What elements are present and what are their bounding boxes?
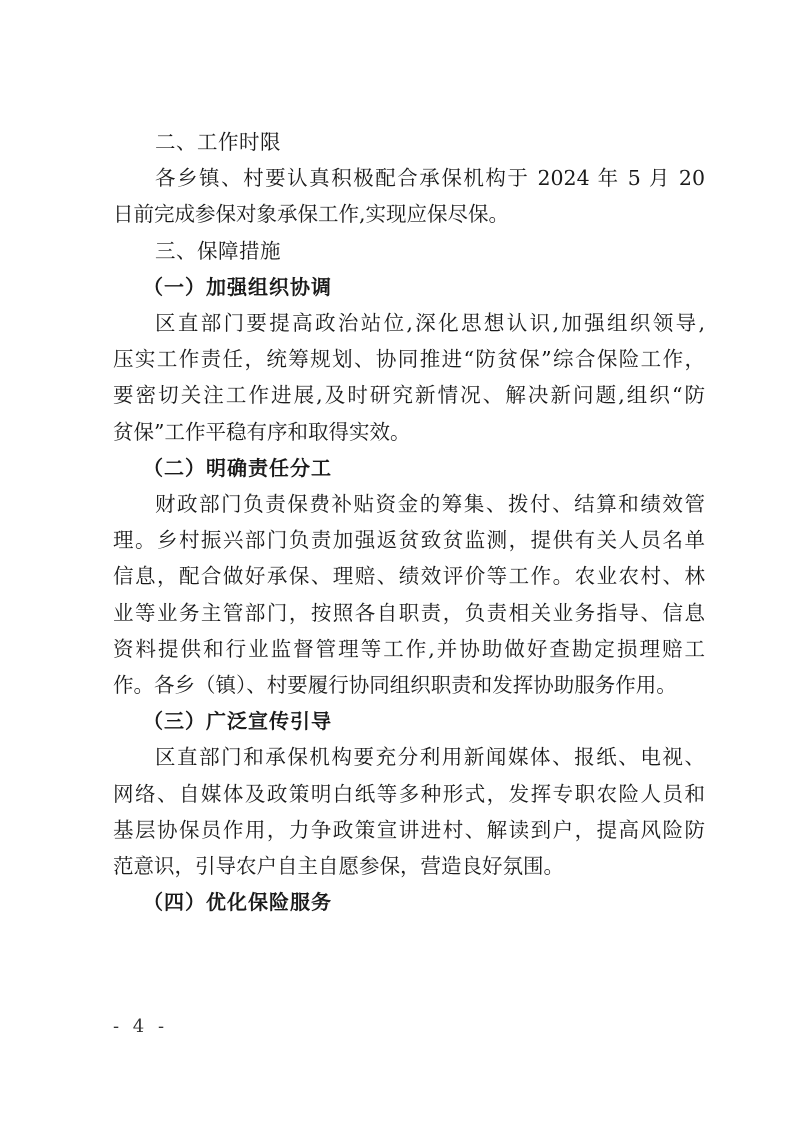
page-number: - 4 - [113,1016,168,1037]
paragraph-line: 基层协保员作用，力争政策宣讲进村、解读到户，提高风险防 [113,812,705,848]
subsection-heading-publicity: （三）广泛宣传引导 [113,703,705,739]
paragraph-line: 信息，配合做好承保、理赔、绩效评价等工作。农业农村、林 [113,558,705,594]
paragraph-line: 日前完成参保对象承保工作,实现应保尽保。 [113,196,705,232]
paragraph-line: 区直部门和承保机构要充分利用新闻媒体、报纸、电视、 [113,739,705,775]
subsection-heading-insurance-service: （四）优化保险服务 [113,884,705,920]
paragraph-line: 要密切关注工作进展,及时研究新情况、解决新问题,组织“防 [113,377,705,413]
section-heading-safeguard-measures: 三、保障措施 [113,233,705,269]
document-page: 二、工作时限 各乡镇、村要认真积极配合承保机构于 2024 年 5 月 20 日… [113,124,705,920]
paragraph-line: 资料提供和行业监督管理等工作,并协助做好查勘定损理赔工 [113,631,705,667]
subsection-heading-responsibilities: （二）明确责任分工 [113,450,705,486]
paragraph-line: 业等业务主管部门，按照各自职责，负责相关业务指导、信息 [113,595,705,631]
paragraph-timeline: 各乡镇、村要认真积极配合承保机构于 2024 年 5 月 20 日前完成参保对象… [113,160,705,232]
subsection-heading-coordination: （一）加强组织协调 [113,269,705,305]
paragraph-line: 贫保”工作平稳有序和取得实效。 [113,414,705,450]
paragraph-line: 范意识，引导农户自主自愿参保，营造良好氛围。 [113,848,705,884]
paragraph-publicity: 区直部门和承保机构要充分利用新闻媒体、报纸、电视、 网络、自媒体及政策明白纸等多… [113,739,705,884]
paragraph-line: 理。乡村振兴部门负责加强返贫致贫监测，提供有关人员名单 [113,522,705,558]
paragraph-responsibilities: 财政部门负责保费补贴资金的筹集、拨付、结算和绩效管 理。乡村振兴部门负责加强返贫… [113,486,705,703]
paragraph-line: 财政部门负责保费补贴资金的筹集、拨付、结算和绩效管 [113,486,705,522]
paragraph-line: 作。各乡（镇）、村要履行协同组织职责和发挥协助服务作用。 [113,667,705,703]
section-heading-work-timeline: 二、工作时限 [113,124,705,160]
paragraph-line: 各乡镇、村要认真积极配合承保机构于 2024 年 5 月 20 [113,160,705,196]
paragraph-line: 压实工作责任，统筹规划、协同推进“防贫保”综合保险工作， [113,341,705,377]
paragraph-coordination: 区直部门要提高政治站位,深化思想认识,加强组织领导, 压实工作责任，统筹规划、协… [113,305,705,450]
paragraph-line: 区直部门要提高政治站位,深化思想认识,加强组织领导, [113,305,705,341]
paragraph-line: 网络、自媒体及政策明白纸等多种形式，发挥专职农险人员和 [113,776,705,812]
